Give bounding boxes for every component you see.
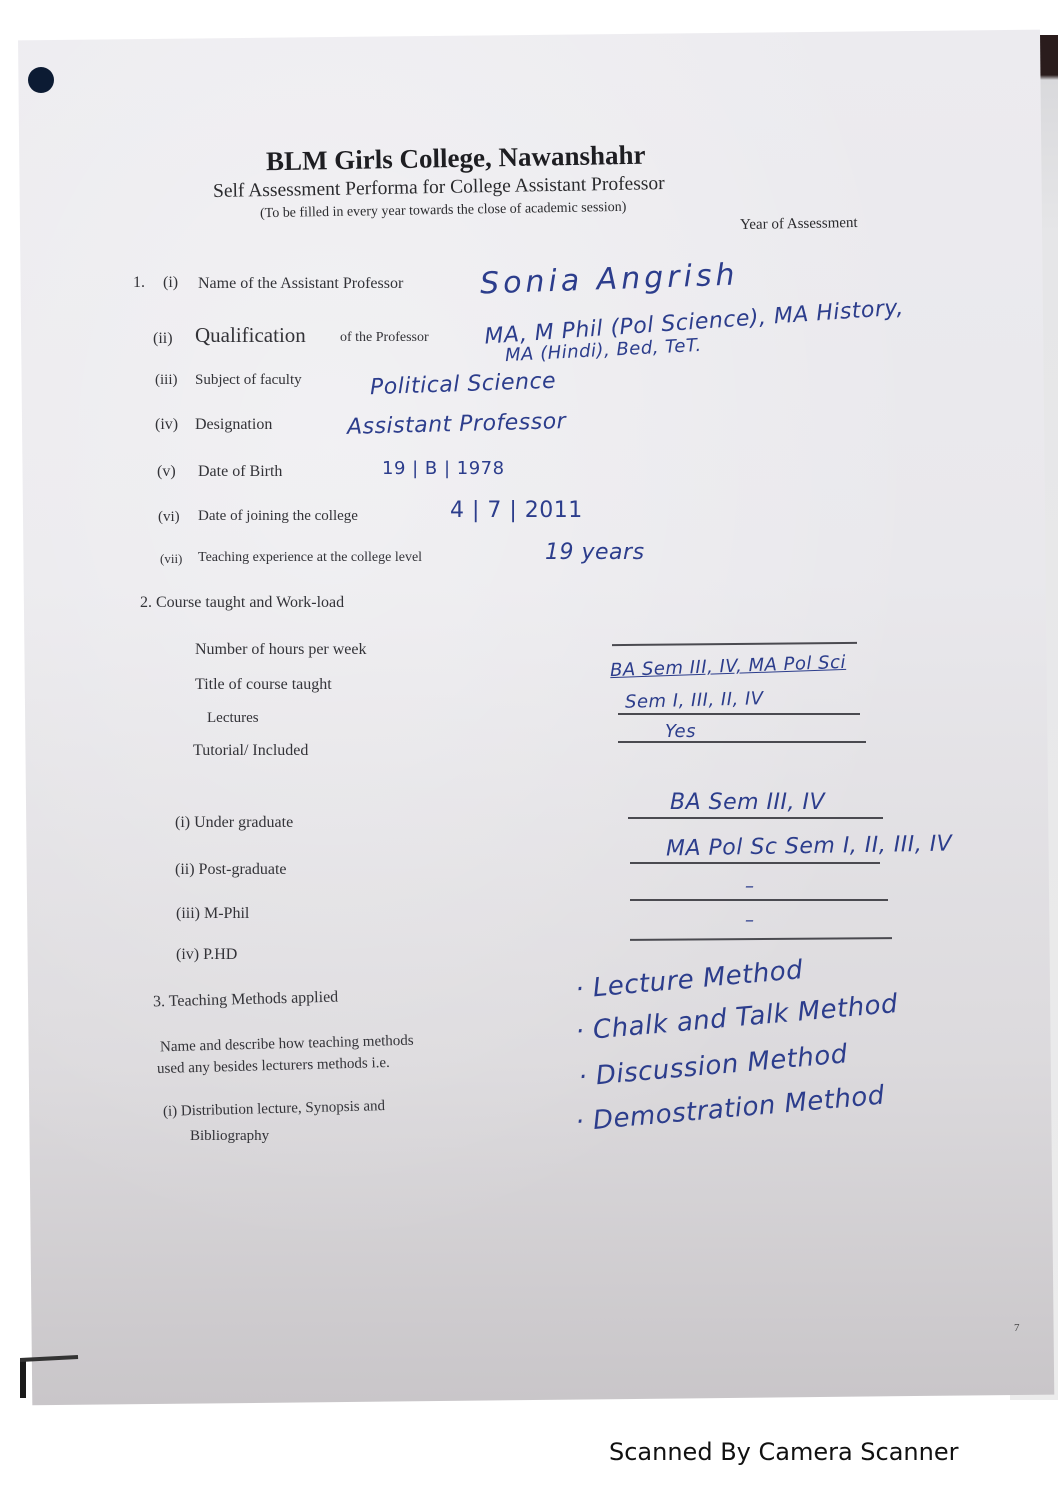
level-label: (iii) M-Phil — [176, 905, 249, 923]
name-label: Name of the Assistant Professor — [198, 275, 403, 293]
section2-heading: 2. Course taught and Work-load — [140, 594, 344, 612]
lectures-value: Sem I, III, II, IV — [625, 688, 764, 713]
scanned-page — [18, 30, 1054, 1406]
level-label: (iv) P.HD — [176, 946, 237, 964]
answer-line — [630, 862, 880, 864]
experience-value: 19 years — [545, 540, 645, 565]
item-roman: (i) — [163, 274, 178, 292]
undergraduate-value: BA Sem III, IV — [670, 790, 825, 815]
qualification-label: of the Professor — [340, 330, 429, 346]
workload-label: Number of hours per week — [195, 641, 367, 659]
scanner-watermark: Scanned By Camera Scanner — [609, 1438, 959, 1466]
level-label: (i) Under graduate — [175, 814, 293, 832]
qualification-label-big: Qualification — [195, 323, 306, 348]
item-roman: (vii) — [160, 551, 182, 567]
phd-value: – — [745, 910, 755, 931]
postgraduate-value: MA Pol Sc Sem I, II, III, IV — [666, 832, 953, 862]
workload-label: Lectures — [207, 710, 259, 727]
tutorial-value: Yes — [665, 721, 696, 742]
section3-subitem: Bibliography — [190, 1128, 269, 1145]
section1-number: 1. — [133, 274, 145, 292]
dob-value: 19 | B | 1978 — [382, 458, 505, 479]
item-roman: (vi) — [158, 509, 180, 526]
item-roman: (iv) — [155, 416, 178, 434]
experience-label: Teaching experience at the college level — [198, 550, 422, 566]
dob-label: Date of Birth — [198, 463, 282, 481]
item-roman: (iii) — [155, 372, 178, 389]
mphil-value: – — [745, 876, 755, 897]
answer-line — [618, 741, 866, 743]
year-of-assessment-label: Year of Assessment — [740, 215, 858, 234]
joining-date-value: 4 | 7 | 2011 — [450, 498, 583, 523]
institution-title: BLM Girls College, Nawanshahr — [266, 140, 646, 178]
joining-date-label: Date of joining the college — [198, 508, 358, 525]
answer-line — [630, 899, 888, 901]
workload-label: Title of course taught — [195, 676, 332, 694]
punch-hole-icon — [28, 67, 54, 93]
corner-mark — [20, 1358, 26, 1398]
subject-label: Subject of faculty — [195, 372, 302, 389]
item-roman: (ii) — [153, 330, 173, 348]
page-mark: 7 — [1014, 1322, 1020, 1334]
level-label: (ii) Post-graduate — [175, 861, 287, 879]
answer-line — [618, 713, 860, 715]
designation-label: Designation — [195, 416, 272, 434]
item-roman: (v) — [157, 463, 176, 481]
workload-label: Tutorial/ Included — [193, 742, 308, 760]
answer-line — [628, 817, 883, 819]
